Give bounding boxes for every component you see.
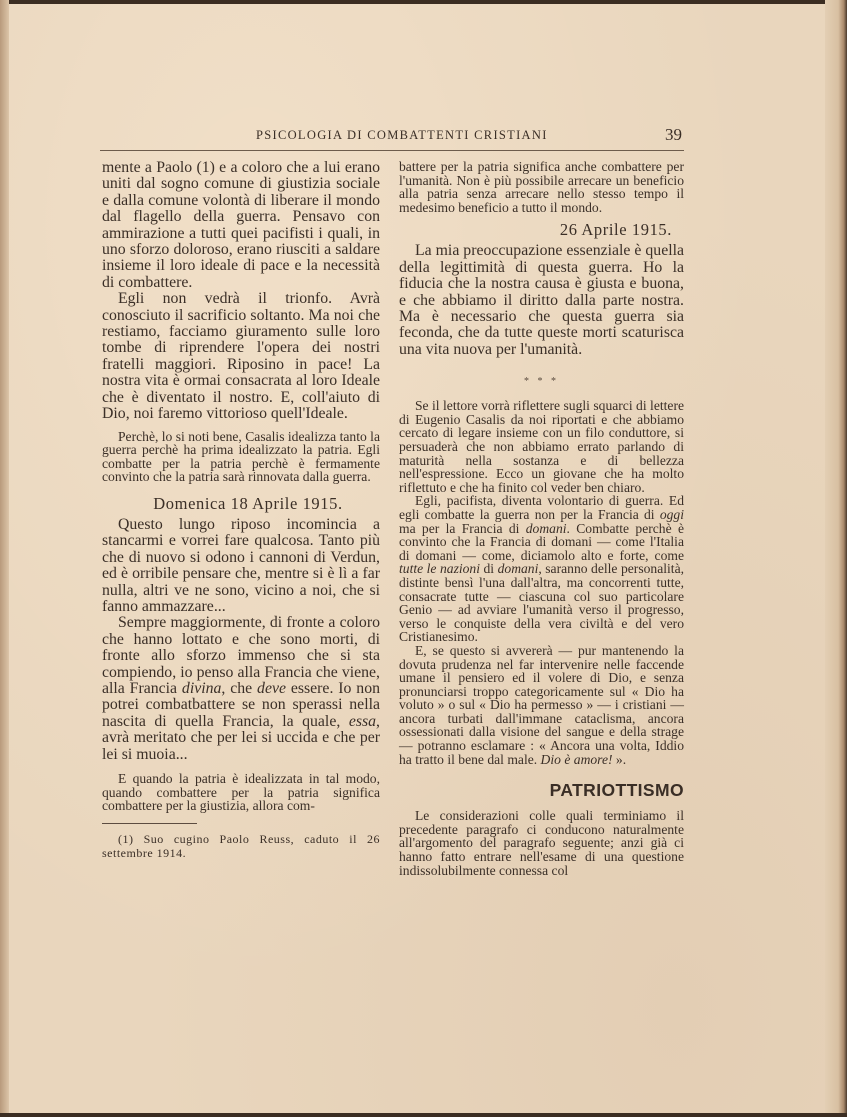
- italic-text: divina: [182, 680, 222, 697]
- section-title: PATRIOTTISMO: [399, 780, 684, 801]
- footnote-rule: [102, 823, 197, 824]
- commentary-paragraph: battere per la patria significa anche co…: [399, 160, 684, 214]
- footnote: (1) Suo cugino Paolo Reuss, caduto il 26…: [102, 832, 380, 860]
- section-separator: * * *: [399, 376, 684, 387]
- commentary-paragraph: Perchè, lo si noti bene, Casalis idealiz…: [102, 430, 380, 484]
- letter-paragraph: La mia preoccupazione essenziale è quell…: [399, 243, 684, 358]
- letter-paragraph: Questo lungo riposo incomincia a stancar…: [102, 517, 380, 615]
- page-right-edge: [825, 0, 847, 1117]
- commentary-paragraph: Se il lettore vorrà riflettere sugli squ…: [399, 399, 684, 494]
- letter-paragraph: mente a Paolo (1) e a coloro che a lui e…: [102, 160, 380, 291]
- italic-text: deve: [257, 680, 286, 697]
- commentary-paragraph: E quando la patria è idealizzata in tal …: [102, 772, 380, 813]
- dateline: 26 Aprile 1915.: [399, 220, 684, 240]
- text-run: , che: [221, 680, 257, 697]
- page-top-edge: [0, 0, 847, 4]
- dateline: Domenica 18 Aprile 1915.: [102, 494, 380, 514]
- italic-text: Dio è amore!: [541, 752, 613, 767]
- running-title: PSICOLOGIA DI COMBATTENTI CRISTIANI: [256, 128, 548, 143]
- text-run: Egli, pacifista, diventa volontario di g…: [399, 493, 684, 522]
- italic-text: essa: [349, 713, 376, 730]
- text-run: ».: [613, 752, 627, 767]
- letter-paragraph: Egli non vedrà il trionfo. Avrà conosciu…: [102, 291, 380, 422]
- page-left-edge: [0, 0, 9, 1117]
- page-bottom-edge: [0, 1113, 847, 1117]
- text-run: E, se questo si avvererà — pur mantenend…: [399, 643, 684, 767]
- running-head: PSICOLOGIA DI COMBATTENTI CRISTIANI 39: [100, 126, 684, 151]
- commentary-paragraph: E, se questo si avvererà — pur mantenend…: [399, 644, 684, 766]
- left-column: mente a Paolo (1) e a coloro che a lui e…: [102, 160, 380, 860]
- commentary-paragraph: Egli, pacifista, diventa volontario di g…: [399, 494, 684, 644]
- page-number: 39: [665, 125, 682, 145]
- commentary-paragraph: Le considerazioni colle quali terminiamo…: [399, 809, 684, 877]
- right-column: battere per la patria significa anche co…: [399, 160, 684, 877]
- letter-paragraph: Sempre maggiormente, di fronte a coloro …: [102, 615, 380, 763]
- book-page: PSICOLOGIA DI COMBATTENTI CRISTIANI 39 m…: [0, 0, 847, 1117]
